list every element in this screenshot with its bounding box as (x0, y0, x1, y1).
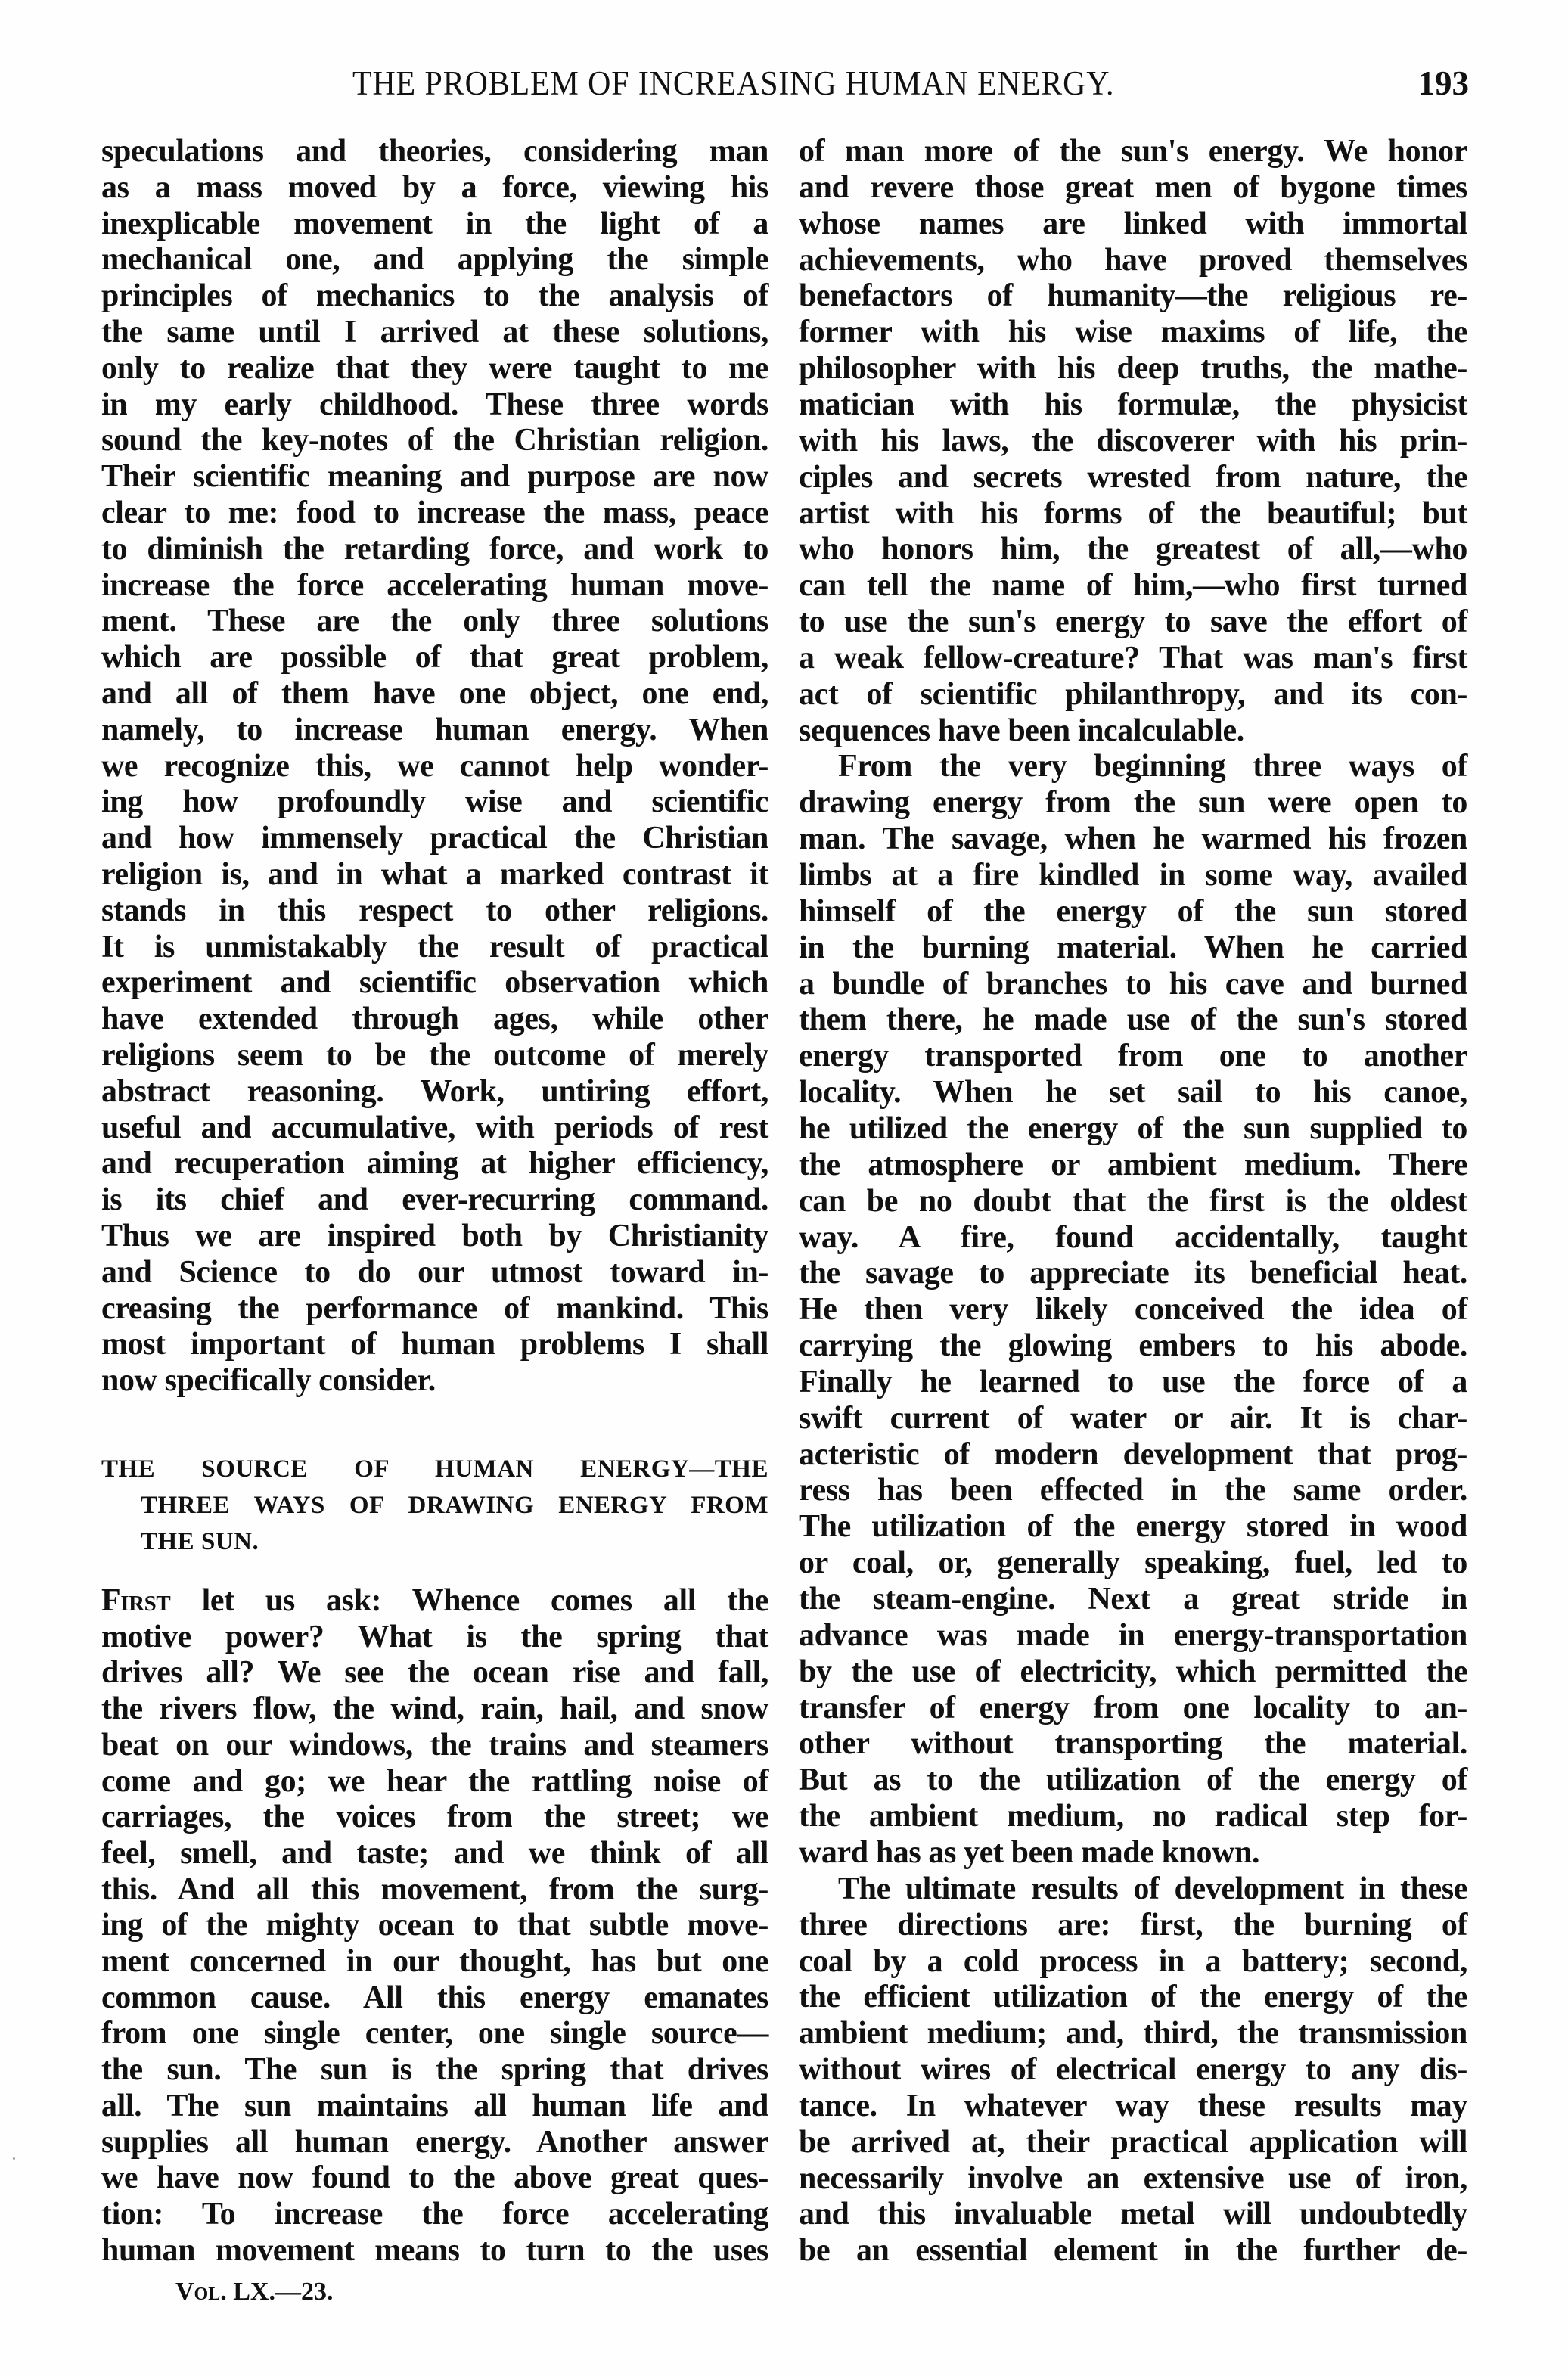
heading-line: THE SUN. (101, 1523, 768, 1560)
text-line: other without transporting the material. (799, 1725, 1467, 1762)
text-line: as a mass moved by a force, viewing his (101, 169, 768, 206)
text-line: ing of the mighty ocean to that subtle m… (101, 1907, 768, 1943)
text-line: drives all? We see the ocean rise and fa… (101, 1654, 768, 1691)
text-line: principles of mechanics to the analysis … (101, 278, 768, 314)
text-line: and revere those great men of bygone tim… (799, 169, 1467, 206)
text-line: Finally he learned to use the force of a (799, 1364, 1467, 1400)
text-line: way. A fire, found accidentally, taught (799, 1219, 1467, 1256)
text-line: the same until I arrived at these soluti… (101, 314, 768, 350)
text-line: acteristic of modern development that pr… (799, 1436, 1467, 1473)
text-line: be arrived at, their practical applicati… (799, 2124, 1467, 2160)
heading-line: THREE WAYS OF DRAWING ENERGY FROM (101, 1487, 768, 1523)
text-line: It is unmistakably the result of practic… (101, 929, 768, 965)
text-line: who honors him, the greatest of all,—who (799, 531, 1467, 567)
text-line: to diminish the retarding force, and wor… (101, 531, 768, 567)
text-line: to use the sun's energy to save the effo… (799, 604, 1467, 640)
lead-word: First (101, 1583, 170, 1618)
text-line: stands in this respect to other religion… (101, 893, 768, 929)
text-line: have extended through ages, while other (101, 1001, 768, 1037)
text-line: increase the force accelerating human mo… (101, 567, 768, 604)
text-line: The utilization of the energy stored in … (799, 1508, 1467, 1545)
text-line: common cause. All this energy emanates (101, 1980, 768, 2016)
text-line: is its chief and ever-recurring command. (101, 1182, 768, 1218)
text-line: from one single center, one single sourc… (101, 2015, 768, 2051)
text-line: From the very beginning three ways of (799, 748, 1467, 784)
text-line: ward has as yet been made known. (799, 1834, 1467, 1871)
right-column: of man more of the sun's energy. We hono… (799, 0, 1467, 2376)
text-line: the rivers flow, the wind, rain, hail, a… (101, 1691, 768, 1727)
text-line: be an essential element in the further d… (799, 2232, 1467, 2269)
text-line: ing how profoundly wise and scientific (101, 784, 768, 820)
text-line: and recuperation aiming at higher effici… (101, 1145, 768, 1182)
signature-mark: Vol. LX.—23. (175, 2274, 333, 2310)
text-line: ment. These are the only three solutions (101, 603, 768, 639)
text-line: inexplicable movement in the light of a (101, 206, 768, 242)
text-line: the efficient utilization of the energy … (799, 1979, 1467, 2015)
text-line: the steam-engine. Next a great stride in (799, 1581, 1467, 1617)
text-line: act of scientific philanthropy, and its … (799, 676, 1467, 713)
text-line: ment concerned in our thought, has but o… (101, 1943, 768, 1980)
text-line: experiment and scientific observation wh… (101, 964, 768, 1001)
heading-line: THE SOURCE OF HUMAN ENERGY—THE (101, 1451, 768, 1487)
text-line: or coal, or, generally speaking, fuel, l… (799, 1545, 1467, 1581)
text-line: and how immensely practical the Christia… (101, 820, 768, 856)
text-line: benefactors of humanity—the religious re… (799, 278, 1467, 314)
text-line: achievements, who have proved themselves (799, 242, 1467, 278)
text-line: the atmosphere or ambient medium. There (799, 1147, 1467, 1183)
text-line: limbs at a fire kindled in some way, ava… (799, 857, 1467, 893)
text-line: ress has been effected in the same order… (799, 1472, 1467, 1508)
text-line: abstract reasoning. Work, untiring effor… (101, 1073, 768, 1110)
text-line: in my early childhood. These three words (101, 387, 768, 423)
scan-speck (13, 2157, 15, 2160)
text-line: tance. In whatever way these results may (799, 2088, 1467, 2124)
text-line: motive power? What is the spring that (101, 1619, 768, 1655)
text-line: we recognize this, we cannot help wonder… (101, 748, 768, 784)
text-line: with his laws, the discoverer with his p… (799, 423, 1467, 459)
text-line: this. And all this movement, from the su… (101, 1871, 768, 1908)
text-line: coal by a cold process in a battery; sec… (799, 1943, 1467, 1980)
text-line: ambient medium; and, third, the transmis… (799, 2015, 1467, 2051)
text-line: come and go; we hear the rattling noise … (101, 1763, 768, 1800)
text-line: advance was made in energy-transportatio… (799, 1617, 1467, 1654)
text-line: of man more of the sun's energy. We hono… (799, 133, 1467, 169)
text-line: feel, smell, and taste; and we think of … (101, 1835, 768, 1871)
text-line: religion is, and in what a marked contra… (101, 856, 768, 893)
text-line: we have now found to the above great que… (101, 2160, 768, 2196)
text-line: can be no doubt that the first is the ol… (799, 1183, 1467, 1219)
text-line: sequences have been incalculable. (799, 713, 1467, 749)
text-line: swift current of water or air. It is cha… (799, 1400, 1467, 1436)
text-line: philosopher with his deep truths, the ma… (799, 350, 1467, 387)
text-line: necessarily involve an extensive use of … (799, 2160, 1467, 2197)
text-line: in the burning material. When he carried (799, 930, 1467, 966)
text-line: a bundle of branches to his cave and bur… (799, 966, 1467, 1002)
text-line: without wires of electrical energy to an… (799, 2051, 1467, 2088)
text-line: human movement means to turn to the uses (101, 2232, 768, 2269)
text-line: them there, he made use of the sun's sto… (799, 1002, 1467, 1038)
text-line: clear to me: food to increase the mass, … (101, 495, 768, 531)
text-line: whose names are linked with immortal (799, 206, 1467, 242)
text-line: himself of the energy of the sun stored (799, 893, 1467, 930)
text-line: and this invaluable metal will undoubted… (799, 2196, 1467, 2232)
text-line: a weak fellow-creature? That was man's f… (799, 640, 1467, 676)
text-line: matician with his formulæ, the physicist (799, 387, 1467, 423)
text-line: carriages, the voices from the street; w… (101, 1799, 768, 1835)
text-line: the savage to appreciate its beneficial … (799, 1255, 1467, 1291)
text-line: energy transported from one to another (799, 1038, 1467, 1074)
text-line: namely, to increase human energy. When (101, 712, 768, 748)
text-line: First let us ask: Whence comes all the (101, 1582, 768, 1619)
text-line: He then very likely conceived the idea o… (799, 1291, 1467, 1328)
text-line: useful and accumulative, with periods of… (101, 1110, 768, 1146)
text-line: speculations and theories, considering m… (101, 133, 768, 169)
text-line: locality. When he set sail to his canoe, (799, 1074, 1467, 1110)
text-line: artist with his forms of the beautiful; … (799, 495, 1467, 532)
text-line: But as to the utilization of the energy … (799, 1762, 1467, 1798)
text-line: all. The sun maintains all human life an… (101, 2088, 768, 2124)
text-line: carrying the glowing embers to his abode… (799, 1328, 1467, 1364)
text-line: former with his wise maxims of life, the (799, 314, 1467, 350)
text-line: beat on our windows, the trains and stea… (101, 1727, 768, 1763)
text-line: three directions are: first, the burning… (799, 1907, 1467, 1943)
text-line: the sun. The sun is the spring that driv… (101, 2051, 768, 2088)
text-line: ciples and secrets wrested from nature, … (799, 459, 1467, 495)
text-line: man. The savage, when he warmed his froz… (799, 821, 1467, 857)
text-line: sound the key-notes of the Christian rel… (101, 422, 768, 458)
text-line: The ultimate results of development in t… (799, 1871, 1467, 1907)
document-page: THE PROBLEM OF INCREASING HUMAN ENERGY. … (0, 0, 1568, 2376)
text-line: transfer of energy from one locality to … (799, 1690, 1467, 1726)
text-line: Thus we are inspired both by Christianit… (101, 1218, 768, 1254)
text-line: creasing the performance of mankind. Thi… (101, 1290, 768, 1327)
text-line: Their scientific meaning and purpose are… (101, 458, 768, 495)
text-line: he utilized the energy of the sun suppli… (799, 1110, 1467, 1147)
text-line: most important of human problems I shall (101, 1326, 768, 1362)
text-line: can tell the name of him,—who first turn… (799, 567, 1467, 604)
text-line: only to realize that they were taught to… (101, 350, 768, 387)
text-line: supplies all human energy. Another answe… (101, 2124, 768, 2160)
text-line: tion: To increase the force accelerating (101, 2196, 768, 2232)
text-line: religions seem to be the outcome of mere… (101, 1037, 768, 1073)
text-line: mechanical one, and applying the simple (101, 241, 768, 278)
text-line: and Science to do our utmost toward in- (101, 1254, 768, 1290)
left-column: speculations and theories, considering m… (101, 0, 768, 2376)
text-line: drawing energy from the sun were open to (799, 784, 1467, 821)
text-line: by the use of electricity, which permitt… (799, 1654, 1467, 1690)
text-line: now specifically consider. (101, 1362, 768, 1399)
text-line: and all of them have one object, one end… (101, 676, 768, 712)
text-line: the ambient medium, no radical step for- (799, 1798, 1467, 1834)
text-line: which are possible of that great problem… (101, 639, 768, 676)
